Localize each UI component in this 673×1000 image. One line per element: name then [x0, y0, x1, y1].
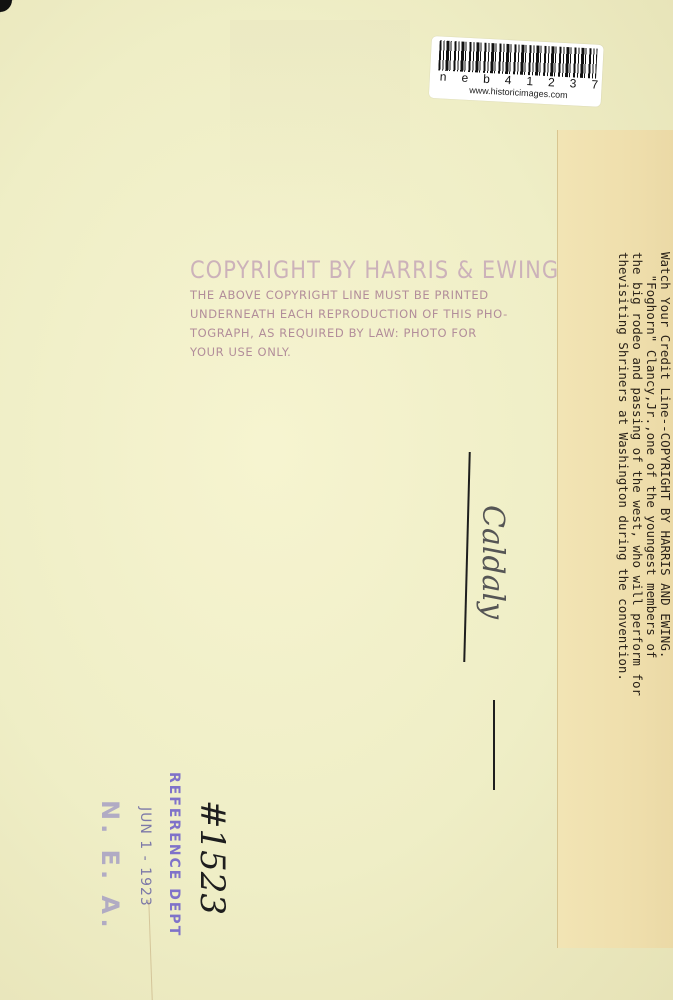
reference-dept-stamp: REFERENCE DEPT — [166, 772, 182, 937]
copyright-stamp: COPYRIGHT BY HARRIS & EWING THE ABOVE CO… — [190, 256, 535, 362]
copyright-stamp-line: YOUR USE ONLY. — [190, 343, 535, 362]
photo-back-paper: neb41237 www.historicimages.com COPYRIGH… — [0, 0, 673, 1000]
handwritten-number: #1523 — [192, 800, 232, 915]
handwritten-signature: Caldaly — [475, 505, 510, 619]
caption-line: thevisiting Shriners at Washington durin… — [616, 252, 630, 696]
torn-corner — [0, 0, 12, 12]
caption-line: the big rodeo and passing of the west, w… — [630, 252, 644, 696]
copyright-stamp-title: COPYRIGHT BY HARRIS & EWING — [190, 256, 535, 284]
copyright-stamp-line: TOGRAPH, AS REQUIRED BY LAW: PHOTO FOR — [190, 324, 535, 343]
barcode-sticker: neb41237 www.historicimages.com — [429, 36, 604, 107]
pen-stroke — [493, 700, 495, 790]
agency-stamp: N. E. A. — [96, 800, 124, 932]
paper-crease — [148, 900, 152, 1000]
caption-line: Watch Your Credit Line--COPYRIGHT BY HAR… — [658, 252, 672, 696]
caption-line: "Foghorn" Clancy,Jr.,one of the youngest… — [644, 252, 658, 696]
typed-caption: Watch Your Credit Line--COPYRIGHT BY HAR… — [616, 252, 672, 696]
date-stamp: JUN 1 - 1923 — [137, 807, 153, 907]
bleed-through-image — [230, 20, 410, 220]
pen-stroke — [463, 452, 470, 662]
copyright-stamp-line: THE ABOVE COPYRIGHT LINE MUST BE PRINTED — [190, 286, 535, 305]
copyright-stamp-line: UNDERNEATH EACH REPRODUCTION OF THIS PHO… — [190, 305, 535, 324]
